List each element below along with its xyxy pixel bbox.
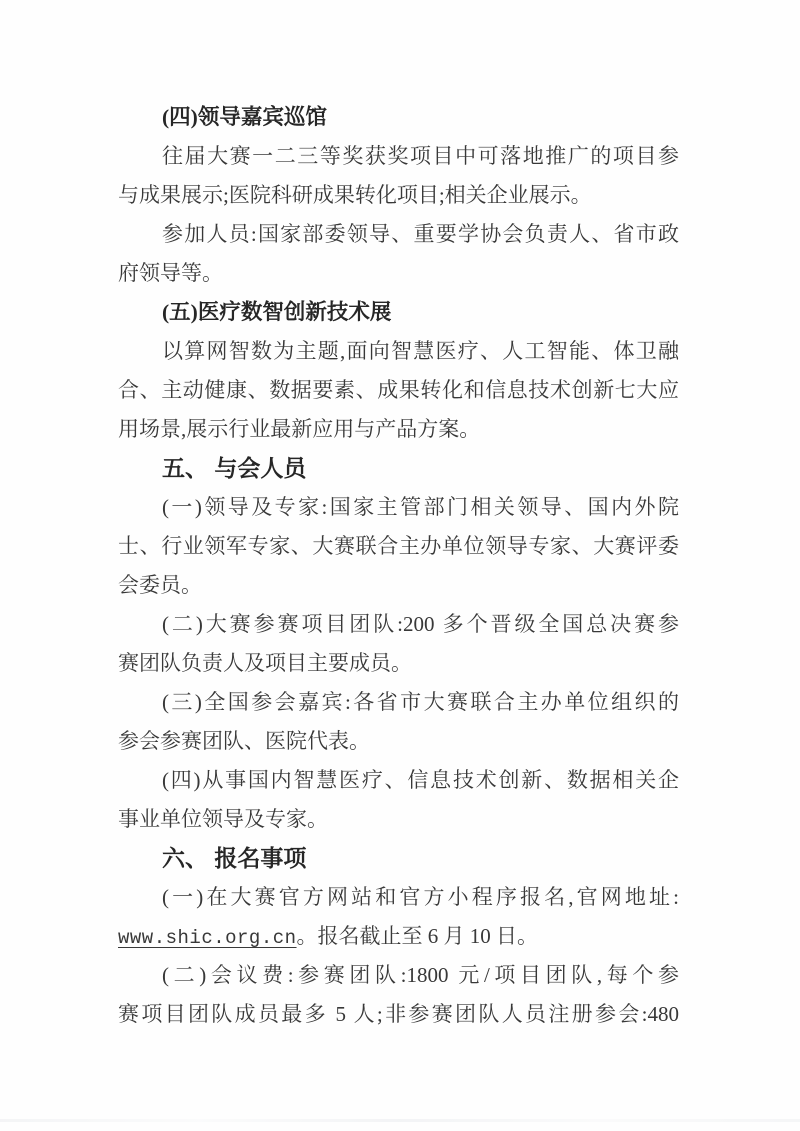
text-line: (二)大赛参赛项目团队:200 多个晋级全国总决赛参 [118,605,679,644]
text-line: (一)在大赛官方网站和官方小程序报名,官网地址: [118,878,679,917]
text-line: 合、主动健康、数据要素、成果转化和信息技术创新七大应 [118,371,679,410]
section-heading: 六、 报名事项 [118,839,679,878]
text-line: 往届大赛一二三等奖获奖项目中可落地推广的项目参 [118,137,679,176]
text-line: 赛团队负责人及项目主要成员。 [118,644,679,683]
text-line: (二)会议费:参赛团队:1800 元/项目团队,每个参 [118,956,679,995]
text-line: 士、行业领军专家、大赛联合主办单位领导专家、大赛评委 [118,527,679,566]
text-line: 用场景,展示行业最新应用与产品方案。 [118,410,679,449]
text-line: 事业单位领导及专家。 [118,800,679,839]
text-line: 府领导等。 [118,254,679,293]
text-line: (一)领导及专家:国家主管部门相关领导、国内外院 [118,488,679,527]
text-line: 赛项目团队成员最多 5 人;非参赛团队人员注册参会:480 [118,995,679,1034]
section-heading: 五、 与会人员 [118,449,679,488]
text-line: 与成果展示;医院科研成果转化项目;相关企业展示。 [118,176,679,215]
text-line: 参会参赛团队、医院代表。 [118,722,679,761]
text-line: www.shic.org.cn。报名截止至 6 月 10 日。 [118,917,679,956]
text-line: (四)从事国内智慧医疗、信息技术创新、数据相关企 [118,761,679,800]
official-website-link[interactable]: www.shic.org.cn [118,927,297,949]
text-segment: 。报名截止至 6 月 10 日。 [297,924,539,948]
subsection-heading: (五)医疗数智创新技术展 [118,293,679,332]
text-line: (三)全国参会嘉宾:各省市大赛联合主办单位组织的 [118,683,679,722]
text-line: 会委员。 [118,566,679,605]
text-line: 以算网智数为主题,面向智慧医疗、人工智能、体卫融 [118,332,679,371]
text-line: 参加人员:国家部委领导、重要学协会负责人、省市政 [118,215,679,254]
page-bottom-scan-artifact [0,1119,800,1122]
subsection-heading: (四)领导嘉宾巡馆 [118,98,679,137]
document-page: (四)领导嘉宾巡馆往届大赛一二三等奖获奖项目中可落地推广的项目参与成果展示;医院… [0,0,800,1131]
document-body: (四)领导嘉宾巡馆往届大赛一二三等奖获奖项目中可落地推广的项目参与成果展示;医院… [118,98,679,1034]
